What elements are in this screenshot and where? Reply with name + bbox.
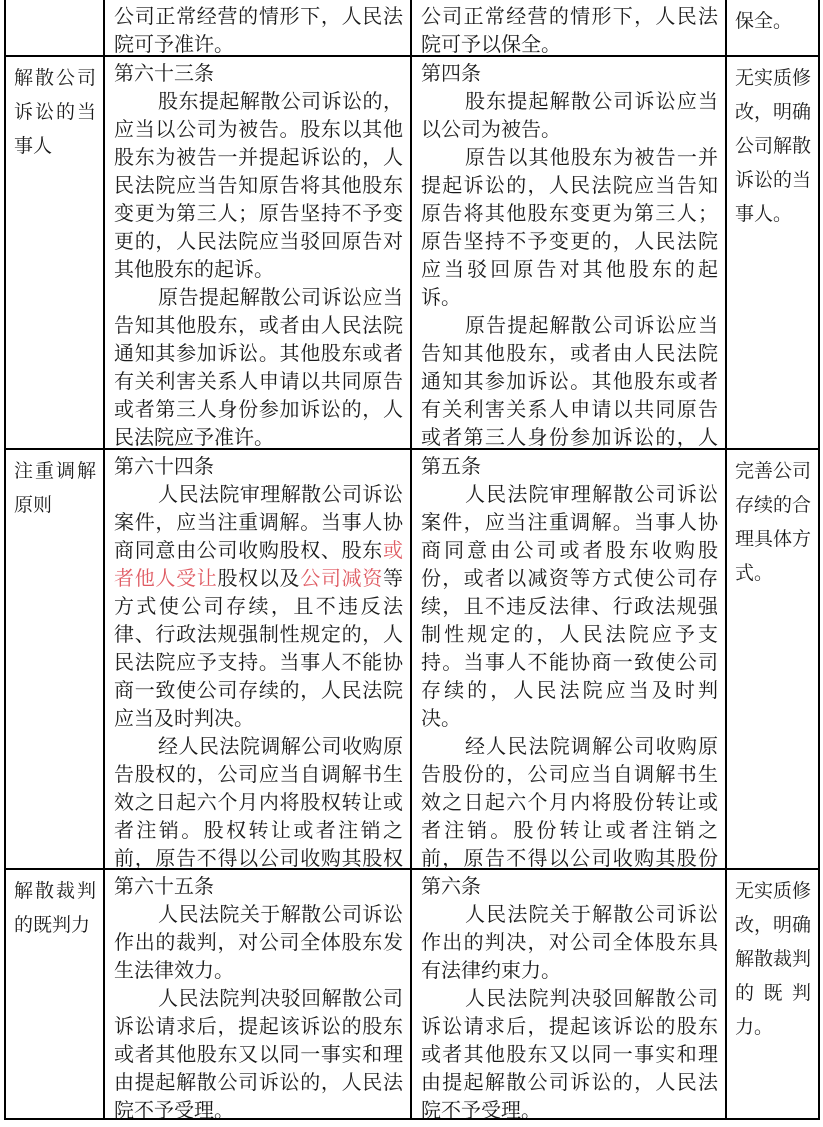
provision-text: 人民法院审理解散公司诉讼案件，应当注重调解。当事人协商同意由公司收购股权、股东: [114, 482, 403, 562]
old-provision-paragraph: 第六十四条: [114, 452, 403, 480]
provision-text: 股东提起解散公司诉讼的，应当以公司为被告。股东以其他股东为被告一并提起诉讼的，人…: [114, 89, 403, 281]
provision-text: 第六十四条: [114, 454, 214, 478]
provision-text: 无实质修改，明确公司解散诉讼的当事人。: [735, 67, 811, 225]
old-provision-cell: 第六十五条人民法院关于解散公司诉讼作出的裁判，对公司全体股东发生法律效力。人民法…: [105, 870, 412, 1118]
provision-text: 原告以其他股东为被告一并提起诉讼的，人民法院应当告知原告将其他股东变更为第三人；…: [421, 145, 718, 309]
provision-text: 第六十五条: [114, 874, 214, 898]
provision-text: 人民法院审理解散公司诉讼案件，应当注重调解。当事人协商同意由公司或者股东收购股份…: [421, 482, 718, 730]
revision-note-paragraph: 无实质修改，明确公司解散诉讼的当事人。: [735, 61, 811, 231]
topic-label: 注重调解原则: [14, 454, 96, 522]
new-provision-paragraph: 第四条: [421, 59, 718, 87]
new-provision-cell: 第五条人民法院审理解散公司诉讼案件，应当注重调解。当事人协商同意由公司或者股东收…: [412, 450, 727, 868]
provision-text: 人民法院判决驳回解散公司诉讼请求后，提起该诉讼的股东或者其他股东又以同一事实和理…: [421, 986, 718, 1118]
provision-text: 公司正常经营的情形下，人民法院可予以保全。: [421, 4, 718, 55]
revision-note-paragraph: 保全。: [735, 4, 811, 38]
topic-cell: 解散公司诉讼的当事人: [6, 57, 105, 448]
comparison-table: 公司正常经营的情形下，人民法院可予准许。 公司正常经营的情形下，人民法院可予以保…: [4, 0, 820, 1120]
new-provision-paragraph: 原告提起解散公司诉讼应当告知其他股东，或者由人民法院通知其参加诉讼。其他股东或者…: [421, 311, 718, 448]
provision-text: 股东提起解散公司诉讼应当以公司为被告。: [421, 89, 718, 141]
provision-text: 第六十三条: [114, 61, 214, 85]
new-provision-paragraph: 股东提起解散公司诉讼应当以公司为被告。: [421, 87, 718, 143]
revision-note-cell: 完善公司存续的合理具体方式。: [727, 450, 818, 868]
revision-note-paragraph: 无实质修改，明确解散裁判的既判力。: [735, 874, 811, 1044]
old-provision-paragraph: 原告提起解散公司诉讼应当告知其他股东，或者由人民法院通知其参加诉讼。其他股东或者…: [114, 283, 403, 448]
new-provision-paragraph: 人民法院审理解散公司诉讼案件，应当注重调解。当事人协商同意由公司或者股东收购股份…: [421, 480, 718, 732]
provision-text: 第五条: [421, 454, 481, 478]
new-provision-paragraph: 经人民法院调解公司收购原告股份的，公司应当自调解书生效之日起六个月内将股份转让或…: [421, 732, 718, 868]
revision-note-paragraph: 完善公司存续的合理具体方式。: [735, 454, 811, 590]
new-provision-cell: 第四条股东提起解散公司诉讼应当以公司为被告。原告以其他股东为被告一并提起诉讼的，…: [412, 57, 727, 448]
old-provision-paragraph: 经人民法院调解公司收购原告股权的，公司应当自调解书生效之日起六个月内将股权转让或…: [114, 732, 403, 868]
new-provision-paragraph: 原告以其他股东为被告一并提起诉讼的，人民法院应当告知原告将其他股东变更为第三人；…: [421, 143, 718, 311]
new-provision-paragraph: 人民法院关于解散公司诉讼作出的判决，对公司全体股东具有法律约束力。: [421, 900, 718, 984]
new-provision-cell: 第六条人民法院关于解散公司诉讼作出的判决，对公司全体股东具有法律约束力。人民法院…: [412, 870, 727, 1118]
old-provision-paragraph: 公司正常经营的情形下，人民法院可予准许。: [114, 2, 403, 55]
old-provision-cell: 第六十四条人民法院审理解散公司诉讼案件，应当注重调解。当事人协商同意由公司收购股…: [105, 450, 412, 868]
table-row: 注重调解原则 第六十四条人民法院审理解散公司诉讼案件，应当注重调解。当事人协商同…: [6, 450, 818, 870]
provision-text: 股权以及: [217, 566, 300, 590]
provision-text: 完善公司存续的合理具体方式。: [735, 460, 811, 584]
provision-text: 保全。: [735, 10, 792, 32]
provision-text: 等方式使公司存续，且不违反法律、行政法规强制性规定的，人民法院应予支持。当事人不…: [114, 566, 403, 730]
topic-cell: 注重调解原则: [6, 450, 105, 868]
old-provision-cell: 公司正常经营的情形下，人民法院可予准许。: [105, 0, 412, 55]
provision-text: 人民法院关于解散公司诉讼作出的判决，对公司全体股东具有法律约束力。: [421, 902, 718, 982]
revision-note-cell: 保全。: [727, 0, 818, 55]
new-provision-paragraph: 公司正常经营的情形下，人民法院可予以保全。: [421, 2, 718, 55]
revision-note-cell: 无实质修改，明确解散裁判的既判力。: [727, 870, 818, 1118]
topic-label: 解散裁判的既判力: [14, 874, 96, 942]
new-provision-paragraph: 第五条: [421, 452, 718, 480]
provision-text: 第六条: [421, 874, 481, 898]
revision-note-cell: 无实质修改，明确公司解散诉讼的当事人。: [727, 57, 818, 448]
old-provision-paragraph: 人民法院审理解散公司诉讼案件，应当注重调解。当事人协商同意由公司收购股权、股东或…: [114, 480, 403, 732]
table-row: 公司正常经营的情形下，人民法院可予准许。 公司正常经营的情形下，人民法院可予以保…: [6, 0, 818, 57]
provision-text: 人民法院判决驳回解散公司诉讼请求后，提起该诉讼的股东或者其他股东又以同一事实和理…: [114, 986, 403, 1118]
old-provision-paragraph: 股东提起解散公司诉讼的，应当以公司为被告。股东以其他股东为被告一并提起诉讼的，人…: [114, 87, 403, 283]
new-provision-cell: 公司正常经营的情形下，人民法院可予以保全。: [412, 0, 727, 55]
provision-text: 人民法院关于解散公司诉讼作出的裁判，对公司全体股东发生法律效力。: [114, 902, 403, 982]
topic-label: 解散公司诉讼的当事人: [14, 61, 96, 163]
old-provision-paragraph: 人民法院判决驳回解散公司诉讼请求后，提起该诉讼的股东或者其他股东又以同一事实和理…: [114, 984, 403, 1118]
new-provision-paragraph: 第六条: [421, 872, 718, 900]
provision-text: 无实质修改，明确解散裁判的既判力。: [735, 880, 811, 1038]
table-row: 解散裁判的既判力 第六十五条人民法院关于解散公司诉讼作出的裁判，对公司全体股东发…: [6, 870, 818, 1120]
highlighted-amendment-text: 公司减资: [300, 566, 383, 590]
provision-text: 第四条: [421, 61, 481, 85]
provision-text: 原告提起解散公司诉讼应当告知其他股东，或者由人民法院通知其参加诉讼。其他股东或者…: [114, 285, 403, 448]
provision-text: 公司正常经营的情形下，人民法院可予准许。: [114, 4, 403, 55]
topic-cell: 解散裁判的既判力: [6, 870, 105, 1118]
table-row: 解散公司诉讼的当事人 第六十三条股东提起解散公司诉讼的，应当以公司为被告。股东以…: [6, 57, 818, 450]
provision-text: 原告提起解散公司诉讼应当告知其他股东，或者由人民法院通知其参加诉讼。其他股东或者…: [421, 313, 718, 448]
new-provision-paragraph: 人民法院判决驳回解散公司诉讼请求后，提起该诉讼的股东或者其他股东又以同一事实和理…: [421, 984, 718, 1118]
provision-text: 经人民法院调解公司收购原告股权的，公司应当自调解书生效之日起六个月内将股权转让或…: [114, 734, 403, 868]
old-provision-paragraph: 第六十三条: [114, 59, 403, 87]
old-provision-cell: 第六十三条股东提起解散公司诉讼的，应当以公司为被告。股东以其他股东为被告一并提起…: [105, 57, 412, 448]
old-provision-paragraph: 第六十五条: [114, 872, 403, 900]
topic-cell: [6, 0, 105, 55]
provision-text: 经人民法院调解公司收购原告股份的，公司应当自调解书生效之日起六个月内将股份转让或…: [421, 734, 718, 868]
old-provision-paragraph: 人民法院关于解散公司诉讼作出的裁判，对公司全体股东发生法律效力。: [114, 900, 403, 984]
